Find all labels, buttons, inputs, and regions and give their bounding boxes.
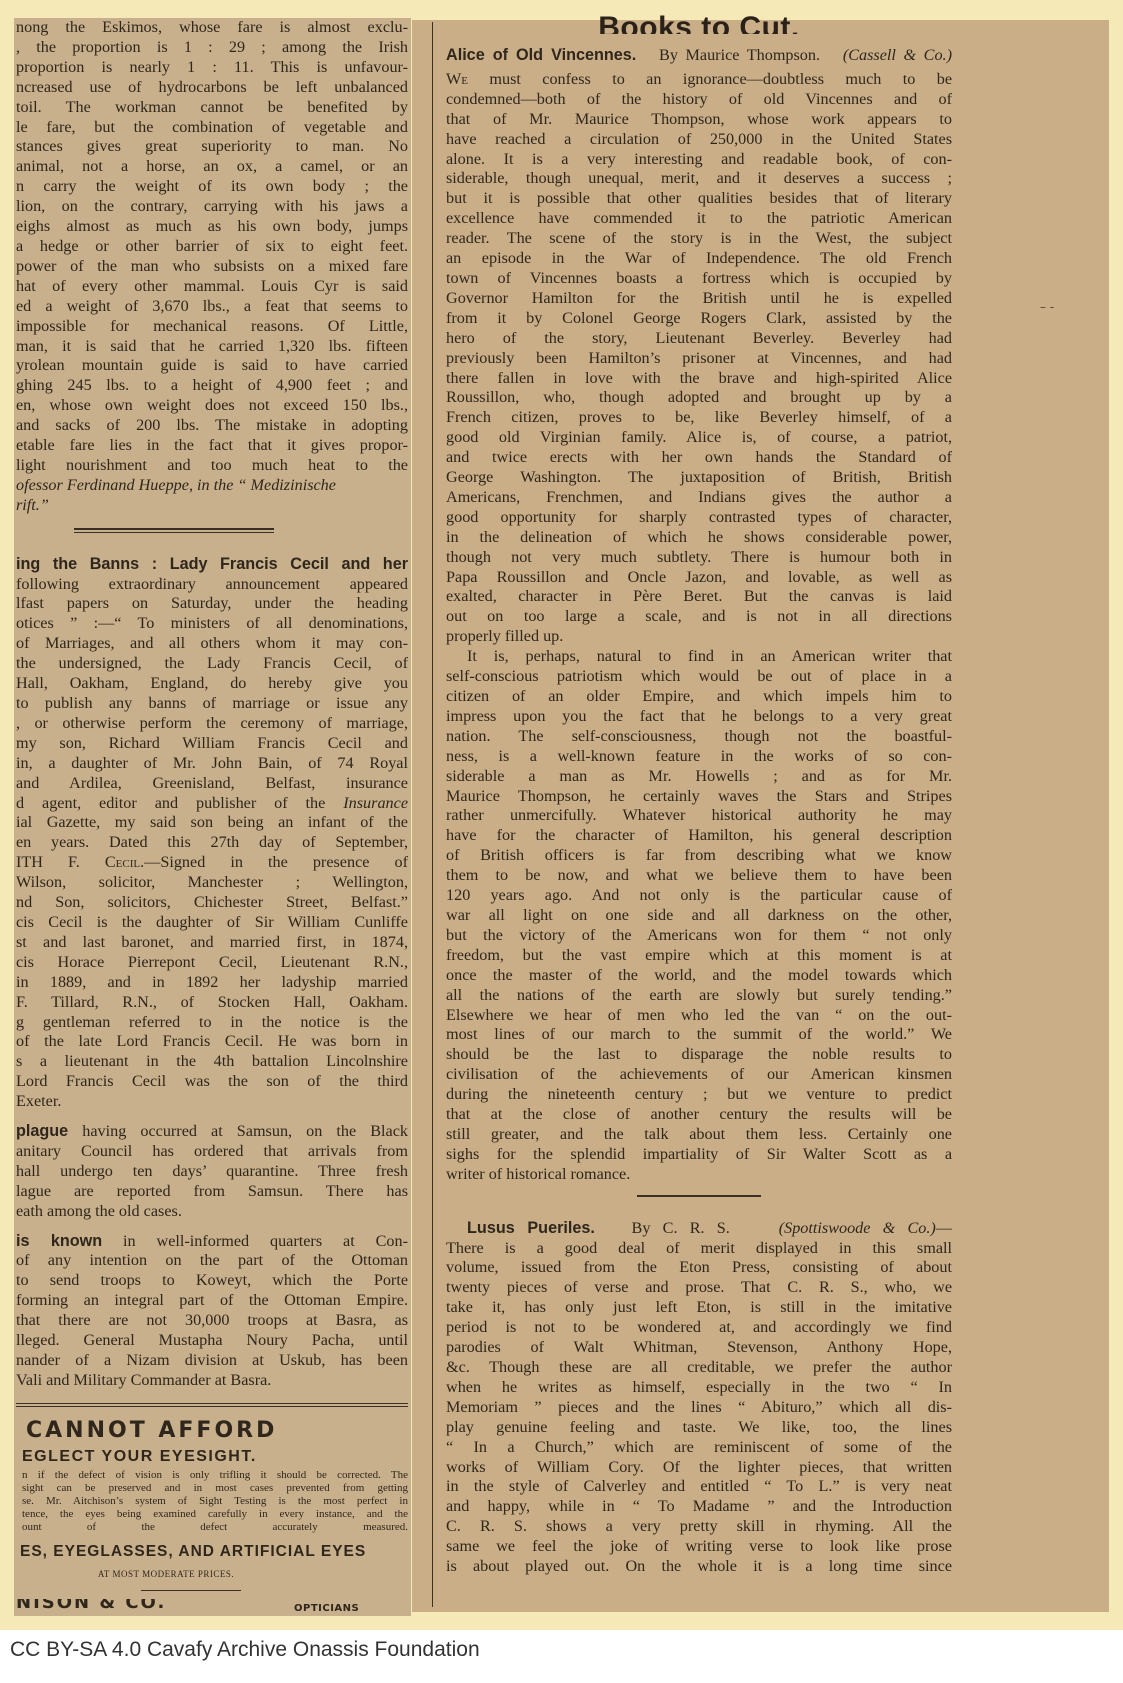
article-banns-line: d agent, editor and publisher of the Ins… (16, 794, 408, 814)
article-diet: nong the Eskimos, whose fare is almost e… (16, 18, 408, 476)
review-alice-line: good old Virginian family. Alice is, of … (446, 428, 952, 448)
article-diet-line: yrolean mountain guide is said to have c… (16, 356, 408, 376)
koweyt-lead-rest: in well-informed quarters at Con- (102, 1232, 408, 1250)
review-alice-line: war all light on one side and all darkne… (446, 906, 952, 926)
review-lusus-line: same we feel the joke of writing verse t… (446, 1537, 952, 1557)
dropcap-word: We (446, 70, 468, 88)
license-credit: CC BY-SA 4.0 Cavafy Archive Onassis Foun… (10, 1638, 480, 1662)
review-lusus-line: Memoriam ” pieces and the lines “ Abitur… (446, 1398, 952, 1418)
ad-body-line: tence, the eyes being examined carefully… (22, 1508, 408, 1521)
section-double-rule (74, 528, 274, 533)
review-alice-line: there fallen in love with the brave and … (446, 369, 952, 389)
review-lusus-line: when he writes as himself, especially in… (446, 1378, 952, 1398)
article-banns-headline: ing the Banns : Lady Francis Cecil and h… (16, 555, 408, 575)
review-alice-publisher: (Cassell & Co.) (843, 46, 952, 64)
review-separator-rule (637, 1195, 761, 1197)
article-diet-line: toil. The workman cannot be benefited by (16, 98, 408, 118)
review-alice-line: impress upon you the fact that he belong… (446, 707, 952, 727)
article-plague-line: eath among the old cases. (16, 1202, 408, 1222)
review-lusus-publisher: (Spottiswoode & Co.) (779, 1219, 936, 1237)
article-diet-line: light nourishment and too much heat to t… (16, 456, 408, 476)
article-banns-line: in, a daughter of Mr. John Bain, of 74 R… (16, 754, 408, 774)
ad-price-note: AT MOST MODERATE PRICES. (16, 1564, 316, 1584)
article-banns-line: cis Horace Pierrepont Cecil, Lieutenant … (16, 953, 408, 973)
review-alice-line: Americans, Frenchmen, and Indians gives … (446, 488, 952, 508)
article-banns-signature-line: ITH F. Cecil.—Signed in the presence of (16, 853, 408, 873)
plague-lead-rest: having occurred at Samsun, on the Black (68, 1122, 408, 1140)
review-alice-line: alone. It is a very interesting and read… (446, 150, 952, 170)
article-diet-line: proportion is nearly 1 : 11. This is unf… (16, 58, 408, 78)
article-plague-lead: plague having occurred at Samsun, on the… (16, 1122, 408, 1142)
review-alice-line: reader. The scene of the story is in the… (446, 229, 952, 249)
section-title: Books to Cut. (446, 8, 952, 34)
review-lusus-line: “ In a Church,” which are reminiscent of… (446, 1438, 952, 1458)
ad-footer: NISON & CO. OPTICIANS (16, 1599, 408, 1615)
review-alice-line: sighs for the splendid impartiality of S… (446, 1145, 952, 1165)
article-banns-line: following extraordinary announcement app… (16, 575, 408, 595)
review-alice-line: though not very much subtlety. There is … (446, 548, 952, 568)
signature-prefix: ITH (16, 853, 43, 871)
article-plague-body: anitary Council has ordered that arrival… (16, 1142, 408, 1222)
review-alice-line: from it by Colonel George Rogers Clark, … (446, 309, 952, 329)
article-diet-line: hat of every other mammal. Louis Cyr is … (16, 277, 408, 297)
article-diet-line: nong the Eskimos, whose fare is almost e… (16, 18, 408, 38)
review-alice-line: nation. The self-consciousness, though n… (446, 727, 952, 747)
review-alice-line: rather unmercifully. Whatever historical… (446, 806, 952, 826)
review-alice-line: Papa Roussillon and Oncle Jazon, and lov… (446, 568, 952, 588)
ad-items: ES, EYEGLASSES, AND ARTIFICIAL EYES (20, 1540, 408, 1564)
article-banns-line: Lord Francis Cecil was the son of the th… (16, 1072, 408, 1092)
review-alice-line: town of Vincennes boasts a fortress whic… (446, 269, 952, 289)
article-diet-line: and sacks of 200 lbs. The mistake in ado… (16, 416, 408, 436)
review-lusus-title: Lusus Pueriles. (467, 1219, 595, 1237)
review-alice-heading: Alice of Old Vincennes. By Maurice Thomp… (446, 46, 952, 66)
right-column: Books to Cut. Alice of Old Vincennes. By… (446, 18, 952, 1577)
signature-rest: —Signed in the presence of (144, 853, 408, 871)
article-diet-line: power of the man who subsists on a mixed… (16, 257, 408, 277)
article-banns-line: , or otherwise perform the ceremony of m… (16, 714, 408, 734)
margin-mark: – - (1040, 300, 1054, 314)
article-diet-line: ncreased use of hydrocarbons be left unb… (16, 78, 408, 98)
review-alice-line: out on too large a scale, and is not in … (446, 607, 952, 627)
article-diet-line: animal, not a horse, an ox, a camel, or … (16, 157, 408, 177)
review-alice-line: in the delineation of which he shows con… (446, 528, 952, 548)
review-alice-line: once the master of the world, and the mo… (446, 966, 952, 986)
article-banns-line: Exeter. (16, 1092, 408, 1112)
ad-body-line: sight can be preserved and in most cases… (22, 1482, 408, 1495)
article-diet-line: lion, on the contrary, carrying with his… (16, 197, 408, 217)
article-banns-line: lfast papers on Saturday, under the head… (16, 594, 408, 614)
review-alice-line: and twice erects with her own hands the … (446, 448, 952, 468)
review-lusus-heading: Lusus Pueriles. By C. R. S. (Spottiswood… (446, 1219, 952, 1239)
spacer (16, 1112, 408, 1122)
ad-subheadline: EGLECT YOUR EYESIGHT. (22, 1445, 408, 1469)
left-column: nong the Eskimos, whose fare is almost e… (16, 18, 408, 1615)
article-plague-line: lague are reported from Samsun. There ha… (16, 1182, 408, 1202)
ad-headline: CANNOT AFFORD (26, 1417, 408, 1445)
review-alice-line: George Washington. The juxtaposition of … (446, 468, 952, 488)
review-lusus-line: and happy, while in “ To Madame ” and th… (446, 1497, 952, 1517)
article-diet-line: en, whose own weight does not exceed 150… (16, 396, 408, 416)
article-plague-line: hall undergo ten days’ quarantine. Three… (16, 1162, 408, 1182)
article-banns-line: g gentleman referred to in the notice is… (16, 1013, 408, 1033)
review-alice-line: of British officers is far from describi… (446, 846, 952, 866)
review-alice-line: siderable a man as Mr. Howells ; and as … (446, 767, 952, 787)
ad-top-rule (16, 1403, 408, 1404)
signature-name: F. Cecil. (68, 853, 144, 871)
review-lusus-line: parodies of Walt Whitman, Stevenson, Ant… (446, 1338, 952, 1358)
review-alice-line: during the nineteenth century ; but we v… (446, 1085, 952, 1105)
review-alice-line: ness, is a well-known feature in the wor… (446, 747, 952, 767)
review-alice-line: but it is possible that other qualities … (446, 189, 952, 209)
article-koweyt-line: to send troops to Koweyt, which the Port… (16, 1271, 408, 1291)
review-lusus-line: works of William Cory. Of the lighter pi… (446, 1458, 952, 1478)
review-alice-line: still greater, and the talk about them l… (446, 1125, 952, 1145)
review-lusus-line: take it, has only just left Eton, is sti… (446, 1298, 952, 1318)
review-alice-line: Roussillon, who, though adopted and brou… (446, 388, 952, 408)
ad-top-rule-2 (16, 1406, 408, 1407)
review-alice-line: French citizen, proves to be, like Bever… (446, 408, 952, 428)
review-alice-line: We must confess to an ignorance—doubtles… (446, 70, 952, 90)
ad-body: n if the defect of vision is only trifli… (22, 1469, 408, 1534)
ad-body-line: se. Mr. Aitchison’s system of Sight Test… (22, 1495, 408, 1508)
spacer (16, 1222, 408, 1232)
review-alice-byline: By Maurice Thompson. (659, 46, 820, 64)
review-lusus-line: period is not to be wondered at, and acc… (446, 1318, 952, 1338)
article-diet-line: impossible for mechanical reasons. Of Li… (16, 317, 408, 337)
ad-body-line: ount of the defect accurately measured. (22, 1521, 408, 1534)
article-banns-line: cis Cecil is the daughter of Sir William… (16, 913, 408, 933)
article-banns-line: Wilson, solicitor, Manchester ; Wellingt… (16, 873, 408, 893)
review-alice-line: Elsewhere we hear of men who led the van… (446, 1006, 952, 1026)
ad-firm-name: NISON & CO. (16, 1599, 166, 1613)
article-banns-line: F. Tillard, R.N., of Stocken Hall, Oakha… (16, 993, 408, 1013)
article-diet-line: man, it is said that he carried 1,320 lb… (16, 337, 408, 357)
review-lusus-line: play genuine feeling and taste. We like,… (446, 1418, 952, 1438)
review-alice-line: freedom, but the vast empire which at th… (446, 946, 952, 966)
review-alice-title: Alice of Old Vincennes. (446, 46, 636, 64)
article-koweyt-line: Vali and Military Commander at Basra. (16, 1371, 408, 1391)
review-alice-para1: We must confess to an ignorance—doubtles… (446, 70, 952, 647)
review-alice-line: writer of historical romance. (446, 1165, 952, 1185)
review-alice-line: have for the character of Hamilton, his … (446, 826, 952, 846)
ad-short-rule (141, 1590, 241, 1591)
review-lusus-line: is about played out. On the whole it is … (446, 1557, 952, 1577)
review-alice-line: exalted, character in Père Beret. But th… (446, 587, 952, 607)
review-lusus-line: in the style of Calverley and entitled “… (446, 1477, 952, 1497)
review-alice-line: an episode in the War of Independence. T… (446, 249, 952, 269)
article-banns-line: and Ardilea, Greenisland, Belfast, insur… (16, 774, 408, 794)
article-banns-line: en years. Dated this 27th day of Septemb… (16, 833, 408, 853)
article-diet-line: etable fare lies in the fact that it giv… (16, 436, 408, 456)
review-lusus-dash: — (936, 1219, 952, 1237)
review-alice-line: properly filled up. (446, 627, 952, 647)
article-diet-line: n carry the weight of its own body ; the (16, 177, 408, 197)
line-text: must confess to an ignorance—doubtless m… (468, 70, 952, 88)
review-lusus-line: twenty pieces of verse and prose. That C… (446, 1278, 952, 1298)
review-alice-line: that of Mr. Maurice Thompson, whose work… (446, 110, 952, 130)
article-diet-line: , the proportion is 1 : 29 ; among the I… (16, 38, 408, 58)
article-diet-line: stances gives great superiority to man. … (16, 137, 408, 157)
review-alice-line: most lines of our march to the summit of… (446, 1025, 952, 1045)
review-lusus-line: &c. Though these are all creditable, we … (446, 1358, 952, 1378)
banns-italic-insurance: Insurance (343, 794, 408, 812)
article-koweyt-line: lleged. General Mustapha Noury Pacha, un… (16, 1331, 408, 1351)
article-koweyt-line: of any intention on the part of the Otto… (16, 1251, 408, 1271)
review-alice-title-line: Alice of Old Vincennes. By Maurice Thomp… (446, 46, 952, 66)
article-diet-line: ed a weight of 3,670 lbs., a feat that s… (16, 297, 408, 317)
review-lusus-line: volume, issued from the Eton Press, cons… (446, 1258, 952, 1278)
review-alice-line: 120 years ago. And not only is the parti… (446, 886, 952, 906)
review-alice-line: all the nations of the earth are slowly … (446, 986, 952, 1006)
article-koweyt-line: forming an integral part of the Ottoman … (16, 1291, 408, 1311)
article-banns-line: to publish any banns of marriage or issu… (16, 694, 408, 714)
review-alice-line: hero of the story, Lieutenant Beverley. … (446, 329, 952, 349)
article-koweyt-line: nander of a Nizam division at Uskub, has… (16, 1351, 408, 1371)
article-koweyt-line: that there are not 30,000 troops at Basr… (16, 1311, 408, 1331)
article-diet-line: eighs almost as much as his own body, ju… (16, 217, 408, 237)
ad-body-line: n if the defect of vision is only trifli… (22, 1469, 408, 1482)
koweyt-lead-bold: is known (16, 1232, 102, 1250)
article-banns-line: st and last baronet, and married first, … (16, 933, 408, 953)
review-alice-para2: It is, perhaps, natural to find in an Am… (446, 647, 952, 1184)
article-koweyt-lead: is known in well-informed quarters at Co… (16, 1232, 408, 1252)
article-banns-line: of the late Lord Francis Cecil. He was b… (16, 1032, 408, 1052)
plague-lead-bold: plague (16, 1122, 68, 1140)
review-alice-line: Maurice Thompson, he certainly waves the… (446, 787, 952, 807)
review-alice-line: but the victory of the Americans won for… (446, 926, 952, 946)
article-koweyt-body: of any intention on the part of the Otto… (16, 1251, 408, 1390)
article-banns-line: ial Gazette, my said son being an infant… (16, 813, 408, 833)
review-alice-line: excellence have commended it to the patr… (446, 209, 952, 229)
article-diet-source: ofessor Ferdinand Hueppe, in the “ Mediz… (16, 476, 408, 496)
article-banns-line: otices ” :—“ To ministers of all denomin… (16, 614, 408, 634)
review-alice-line: siderable, though unequal, merit, and it… (446, 169, 952, 189)
article-plague-line: anitary Council has ordered that arrival… (16, 1142, 408, 1162)
review-alice-line: self-conscious patriotism which would be… (446, 667, 952, 687)
article-diet-line: a hedge or other barrier of six to eight… (16, 237, 408, 257)
review-lusus-line: There is a good deal of merit displayed … (446, 1239, 952, 1259)
article-banns-line: Hall, Oakham, England, do hereby give yo… (16, 674, 408, 694)
article-diet-source-end: rift.” (16, 496, 408, 516)
review-alice-line: good opportunity for sharply contrasted … (446, 508, 952, 528)
review-lusus-line: C. R. S. shows a very pretty skill in rh… (446, 1517, 952, 1537)
review-alice-line: that at the close of another century the… (446, 1105, 952, 1125)
article-banns-line: of Marriages, and all others whom it may… (16, 634, 408, 654)
banns-line-text: d agent, editor and publisher of the (16, 794, 343, 812)
review-alice-line: condemned—both of the history of old Vin… (446, 90, 952, 110)
article-banns-body: following extraordinary announcement app… (16, 575, 408, 1112)
article-banns-line: in 1889, and in 1892 her ladyship marrie… (16, 973, 408, 993)
review-alice-line: citizen of an older Empire, and which im… (446, 687, 952, 707)
article-banns-line: s a lieutenant in the 4th battalion Linc… (16, 1052, 408, 1072)
review-alice-line: civilisation of the achievements of our … (446, 1065, 952, 1085)
advertisement-eyesight: CANNOT AFFORD EGLECT YOUR EYESIGHT. n if… (16, 1417, 408, 1615)
article-banns-line: my son, Richard William Francis Cecil an… (16, 734, 408, 754)
review-lusus-body: There is a good deal of merit displayed … (446, 1239, 952, 1577)
review-alice-line: It is, perhaps, natural to find in an Am… (446, 647, 952, 667)
review-alice-line: Governor Hamilton for the British until … (446, 289, 952, 309)
column-divider (432, 22, 433, 1607)
review-alice-line: them to be now, and what we believe them… (446, 866, 952, 886)
article-diet-line: ghing 245 lbs. to a height of 4,900 feet… (16, 376, 408, 396)
review-alice-line: have reached a circulation of 250,000 in… (446, 130, 952, 150)
review-alice-line: should be the last to disparage the nobl… (446, 1045, 952, 1065)
ad-trade-label: OPTICIANS (294, 1599, 359, 1615)
review-lusus-byline: By C. R. S. (632, 1219, 730, 1237)
review-alice-line: previously been Hamilton’s prisoner at V… (446, 349, 952, 369)
article-diet-line: le fare, but the combination of vegetabl… (16, 118, 408, 138)
article-banns-line: the undersigned, the Lady Francis Cecil,… (16, 654, 408, 674)
article-banns-line: nd Son, solicitors, Chichester Street, B… (16, 893, 408, 913)
